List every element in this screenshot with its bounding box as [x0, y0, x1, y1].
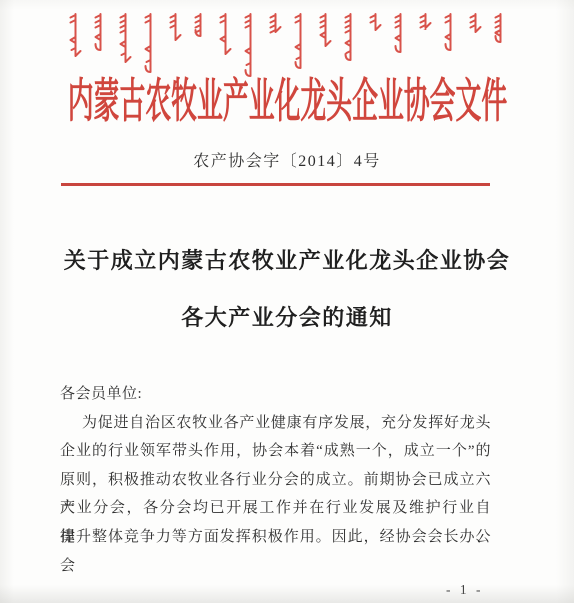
- paragraph-line-5: 提升整体竞争力等方面发挥积极作用。因此，经协会会长办公会: [60, 523, 491, 552]
- mongolian-word: [168, 12, 182, 42]
- mongolian-word: [418, 12, 432, 30]
- mongolian-word: [268, 12, 282, 34]
- salutation: 各会员单位:: [60, 380, 491, 409]
- mongolian-word: [68, 12, 82, 58]
- paragraph-line-4: 产业分会，各分会均已开展工作并在行业发展及维护行业自律、: [60, 494, 491, 523]
- paragraph-line-2: 企业的行业领军带头作用，协会本着“成熟一个，成立一个”的: [60, 437, 491, 466]
- mongolian-word: [368, 12, 382, 32]
- red-divider-line: [61, 183, 490, 186]
- document-body: 各会员单位: 为促进自治区农牧业各产业健康有序发展，充分发挥好龙头 企业的行业领…: [60, 380, 491, 552]
- mongolian-word: [468, 12, 482, 34]
- document-title-line-1: 关于成立内蒙古农牧业产业化龙头企业协会: [0, 248, 574, 274]
- mongolian-word: [443, 12, 457, 52]
- letterhead: 内蒙古农牧业产业化龙头企业协会文件: [0, 74, 574, 130]
- mongolian-word: [218, 12, 232, 56]
- mongolian-word: [118, 12, 132, 64]
- paragraph-line-1: 为促进自治区农牧业各产业健康有序发展，充分发挥好龙头: [60, 409, 491, 438]
- mongolian-word: [293, 12, 307, 70]
- mongolian-word: [393, 12, 407, 54]
- scanned-document-page: 内蒙古农牧业产业化龙头企业协会文件 农产协会字〔2014〕4号 关于成立内蒙古农…: [0, 0, 574, 603]
- page-number: - 1 -: [446, 581, 484, 599]
- mongolian-script-banner: [68, 12, 507, 78]
- letterhead-title: 内蒙古农牧业产业化龙头企业协会文件: [67, 75, 506, 129]
- mongolian-word: [493, 12, 507, 44]
- mongolian-word: [93, 12, 107, 52]
- mongolian-word: [143, 12, 157, 74]
- document-title-line-2: 各大产业分会的通知: [0, 305, 574, 331]
- mongolian-word: [318, 12, 332, 48]
- mongolian-word: [193, 12, 207, 38]
- mongolian-word: [343, 12, 357, 62]
- paragraph-line-3: 原则，积极推动农牧业各行业分会的成立。前期协会已成立六大: [60, 466, 491, 495]
- document-number: 农产协会字〔2014〕4号: [0, 151, 574, 173]
- mongolian-word: [243, 12, 257, 78]
